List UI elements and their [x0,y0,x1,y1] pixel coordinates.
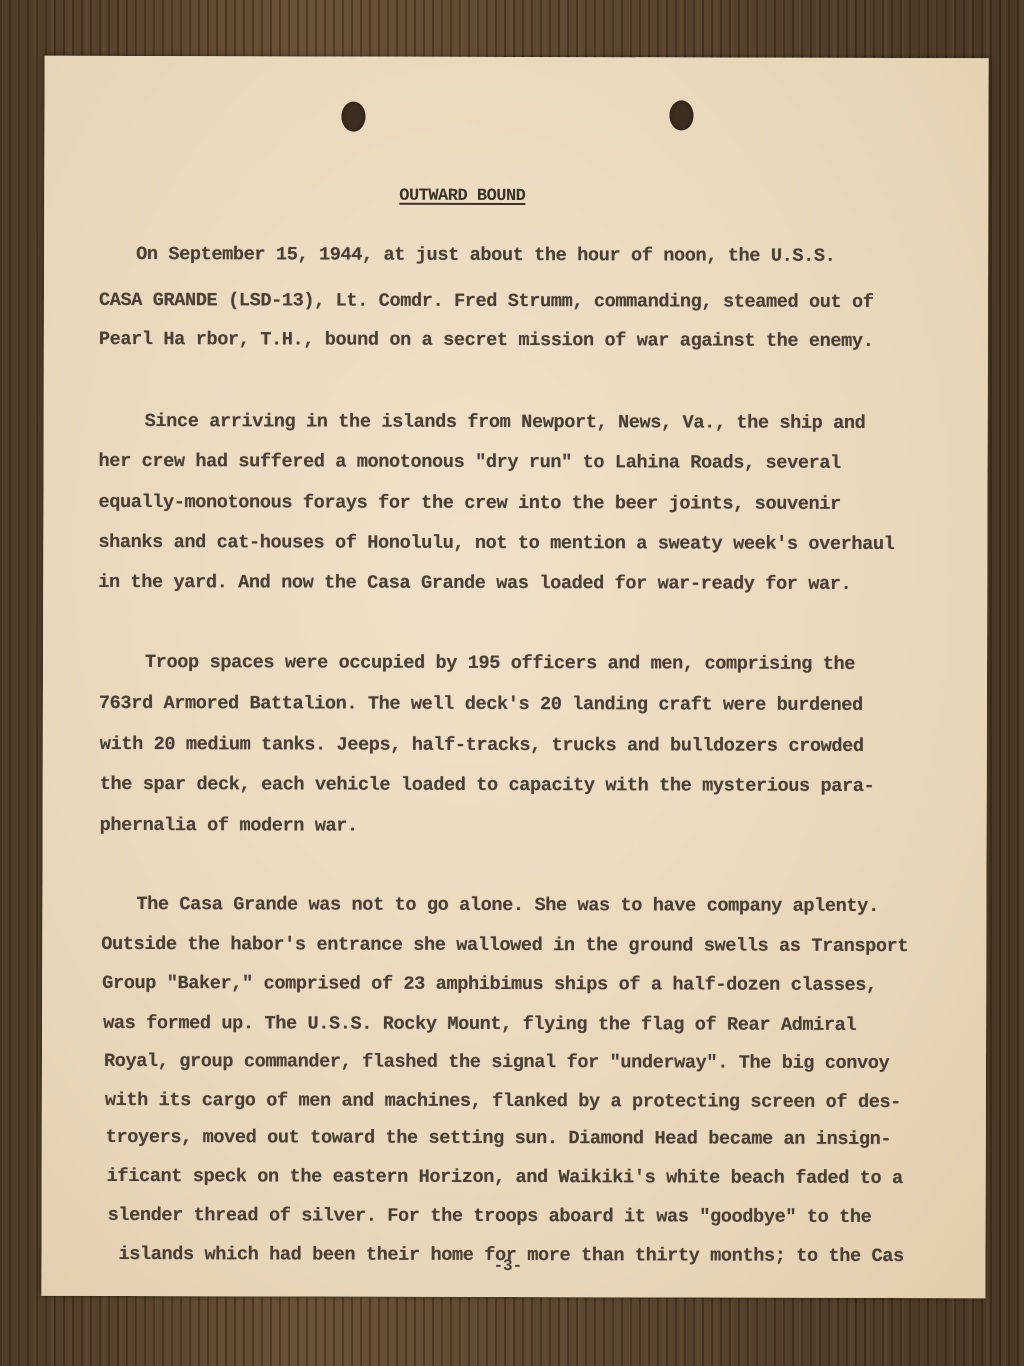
text-line: with its cargo of men and machines, flan… [105,1090,901,1113]
text-line: On September 15, 1944, at just about the… [136,244,835,267]
text-line: 763rd Armored Battalion. The well deck's… [99,693,863,716]
text-line: Troop spaces were occupied by 195 office… [145,652,855,675]
text-line: was formed up. The U.S.S. Rocky Mount, f… [103,1013,856,1036]
typewritten-page: OUTWARD BOUND On September 15, 1944, at … [41,56,988,1298]
text-line: CASA GRANDE (LSD-13), Lt. Comdr. Fred St… [99,290,874,313]
text-line: Pearl Ha rbor, T.H., bound on a secret m… [99,329,874,352]
text-line: shanks and cat-houses of Honolulu, not t… [98,532,894,555]
text-line: Royal, group commander, flashed the sign… [104,1051,889,1074]
text-line: Outside the habor's entrance she wallowe… [101,934,908,957]
text-line: with 20 medium tanks. Jeeps, half-tracks… [100,734,864,757]
text-line: phernalia of modern war. [100,815,358,837]
binder-hole [341,102,365,132]
text-line: slender thread of silver. For the troops… [108,1205,872,1228]
text-line: troyers, moved out toward the setting su… [106,1127,891,1150]
text-line: Group "Baker," comprised of 23 amphibimu… [102,973,877,996]
text-line: ificant speck on the eastern Horizon, an… [107,1166,903,1189]
page-title: OUTWARD BOUND [399,187,525,206]
text-line: her crew had suffered a monotonous "dry … [99,451,841,474]
binder-hole [669,100,693,130]
text-line: the spar deck, each vehicle loaded to ca… [100,774,875,797]
text-line: in the yard. And now the Casa Grande was… [98,572,851,595]
text-line: The Casa Grande was not to go alone. She… [136,894,878,917]
page-number: -3- [493,1257,522,1275]
text-line: Since arriving in the islands from Newpo… [145,411,866,434]
text-line: equally-monotonous forays for the crew i… [98,492,840,515]
